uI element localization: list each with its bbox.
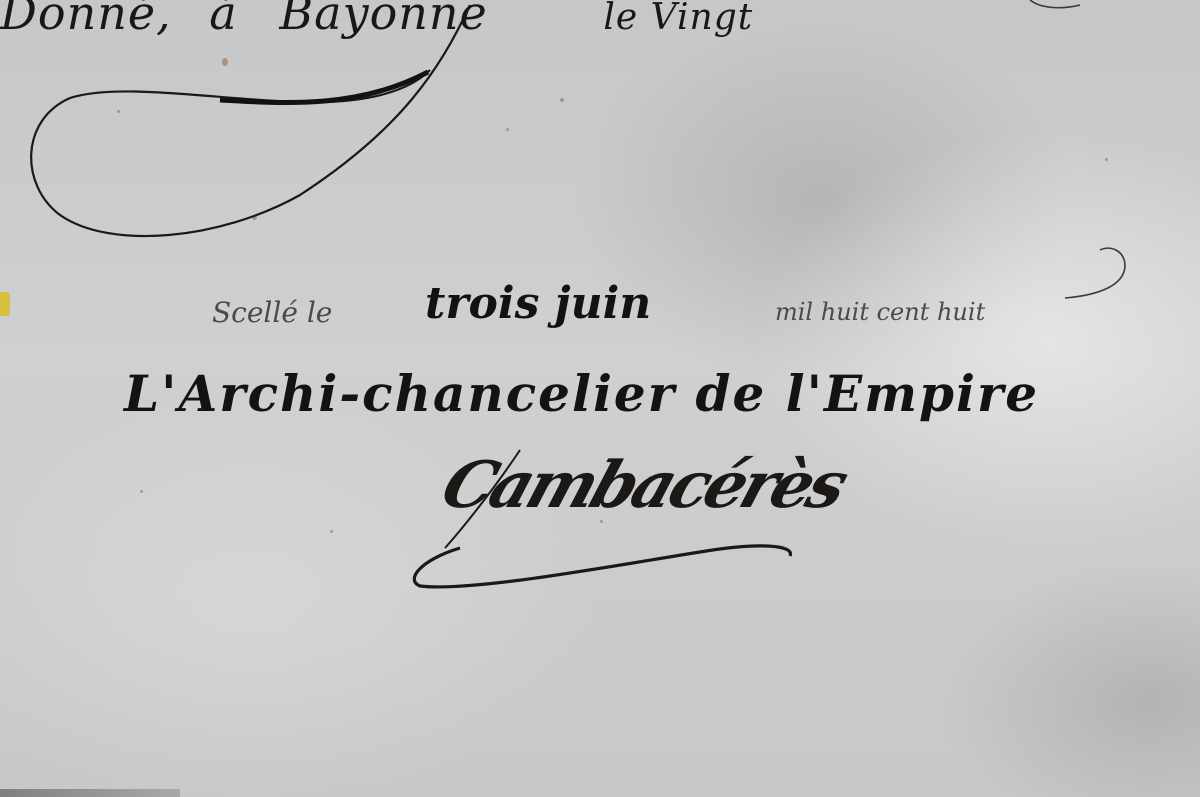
- document-edge: [0, 789, 180, 797]
- foxing-stain: [117, 110, 120, 113]
- yellow-tab: [0, 292, 10, 316]
- sealed-year: mil huit cent huit: [775, 298, 985, 326]
- foxing-stain: [252, 215, 257, 220]
- foxing-stain: [140, 490, 143, 493]
- top-word-a: à: [209, 0, 237, 40]
- foxing-stain: [1105, 158, 1108, 161]
- archchancellor-title: L'Archi-chancelier de l'Empire: [124, 364, 1039, 423]
- sealed-date: trois juin: [425, 278, 651, 329]
- foxing-stain: [560, 98, 564, 102]
- signature: Cambacérès: [433, 448, 854, 523]
- foxing-stain: [330, 530, 333, 533]
- foxing-stain: [506, 128, 509, 131]
- sealed-prefix: Scellé le: [212, 296, 332, 329]
- top-word-bayonne: Bayonne: [279, 0, 487, 40]
- top-word-le-vingt: le Vingt: [603, 0, 753, 38]
- foxing-stain: [222, 58, 228, 66]
- top-word-donne: Donné,: [0, 0, 172, 40]
- top-text-line: Donné, à Bayonne le Vingt: [0, 0, 753, 40]
